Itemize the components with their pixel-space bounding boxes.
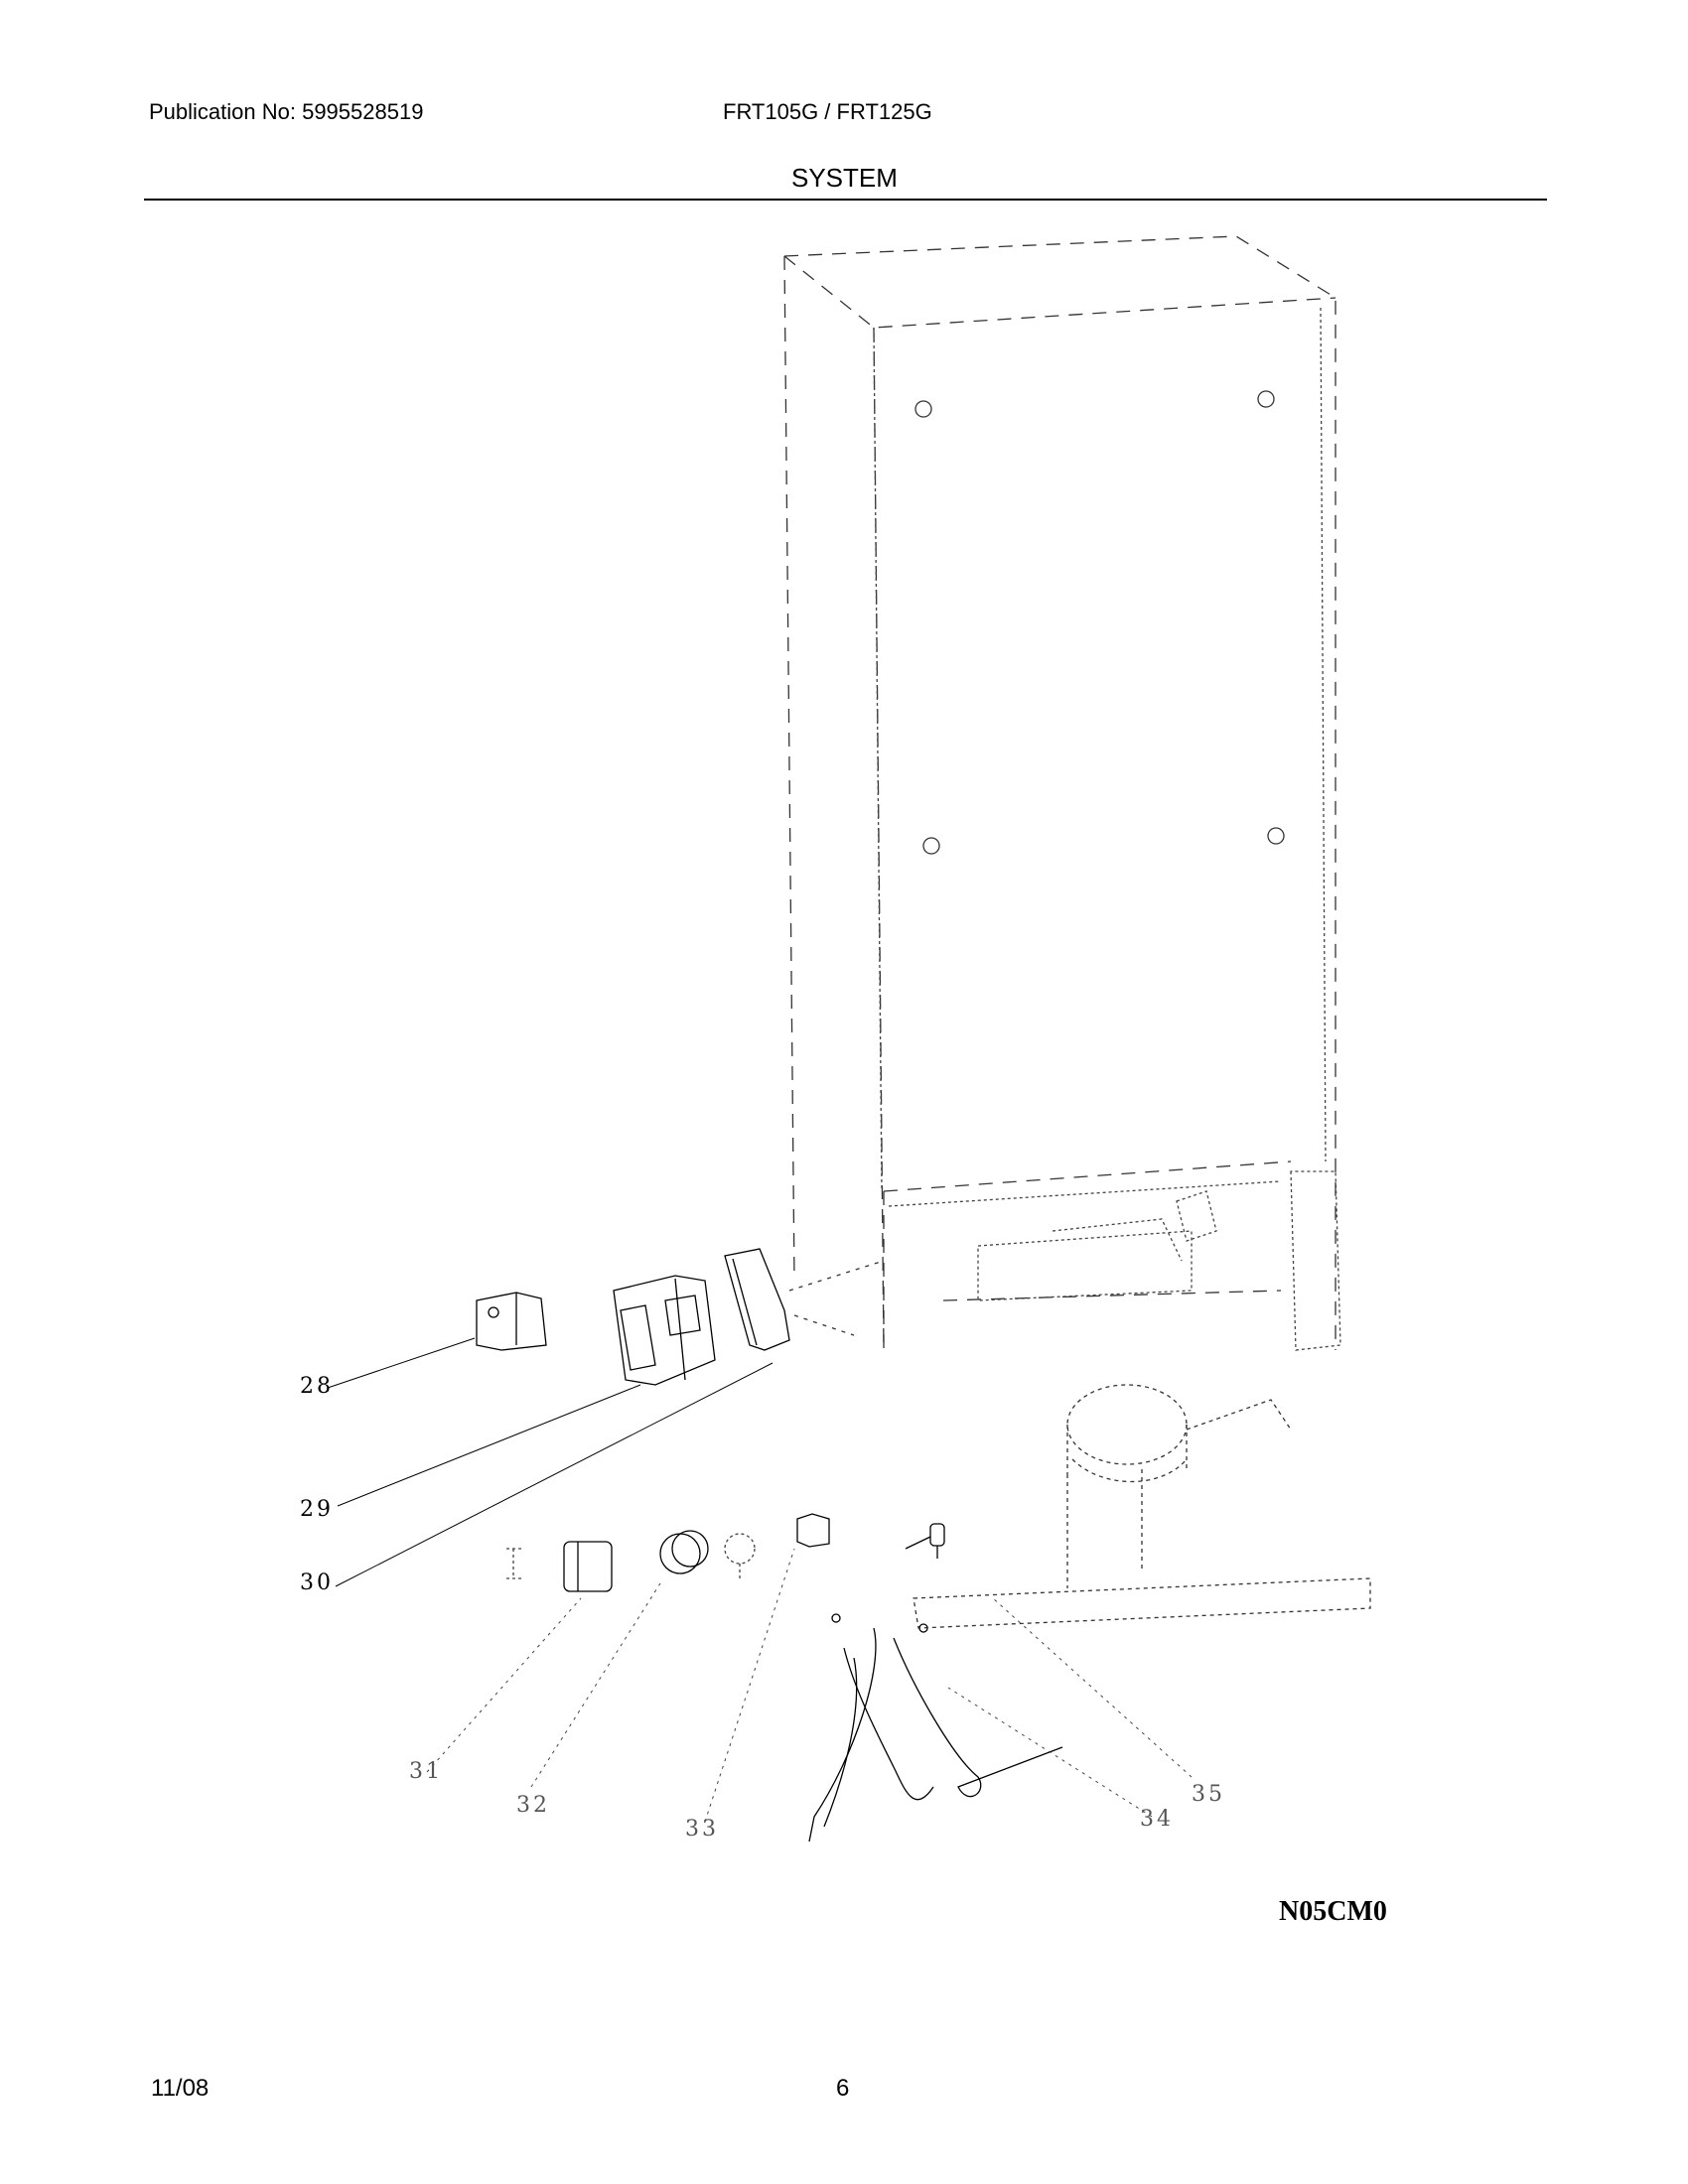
callout-35: 35 bbox=[1192, 1782, 1225, 1807]
cabinet-inner bbox=[874, 308, 1340, 1350]
part-30-control-box bbox=[725, 1249, 789, 1350]
footer-date: 11/08 bbox=[151, 2075, 209, 2103]
part-start-device bbox=[906, 1524, 944, 1559]
page-number: 6 bbox=[836, 2075, 849, 2103]
callout-30: 30 bbox=[300, 1570, 334, 1595]
part-35-compressor bbox=[914, 1385, 1370, 1628]
part-32-capacitor bbox=[660, 1531, 708, 1573]
callout-29: 29 bbox=[300, 1497, 334, 1522]
cabinet-holes bbox=[915, 391, 1284, 854]
callout-31: 31 bbox=[409, 1759, 443, 1784]
exploded-parts-diagram bbox=[0, 0, 1688, 2184]
callout-32: 32 bbox=[516, 1793, 550, 1818]
leader-lines-dotted bbox=[427, 1549, 1192, 1822]
drawing-code: N05CM0 bbox=[1279, 1896, 1387, 1928]
part-29-cover bbox=[614, 1276, 715, 1385]
part-33-connector bbox=[797, 1514, 829, 1547]
part-28-defrost-timer bbox=[477, 1293, 546, 1350]
callout-33: 33 bbox=[685, 1817, 719, 1842]
part-31-overload bbox=[506, 1549, 521, 1578]
part-31b-relay bbox=[564, 1542, 612, 1591]
part-thermistor bbox=[725, 1534, 755, 1578]
part-34-wire-harness bbox=[809, 1614, 1062, 1842]
callout-28: 28 bbox=[300, 1374, 334, 1399]
callout-34: 34 bbox=[1140, 1807, 1174, 1832]
leader-lines bbox=[328, 1338, 773, 1586]
